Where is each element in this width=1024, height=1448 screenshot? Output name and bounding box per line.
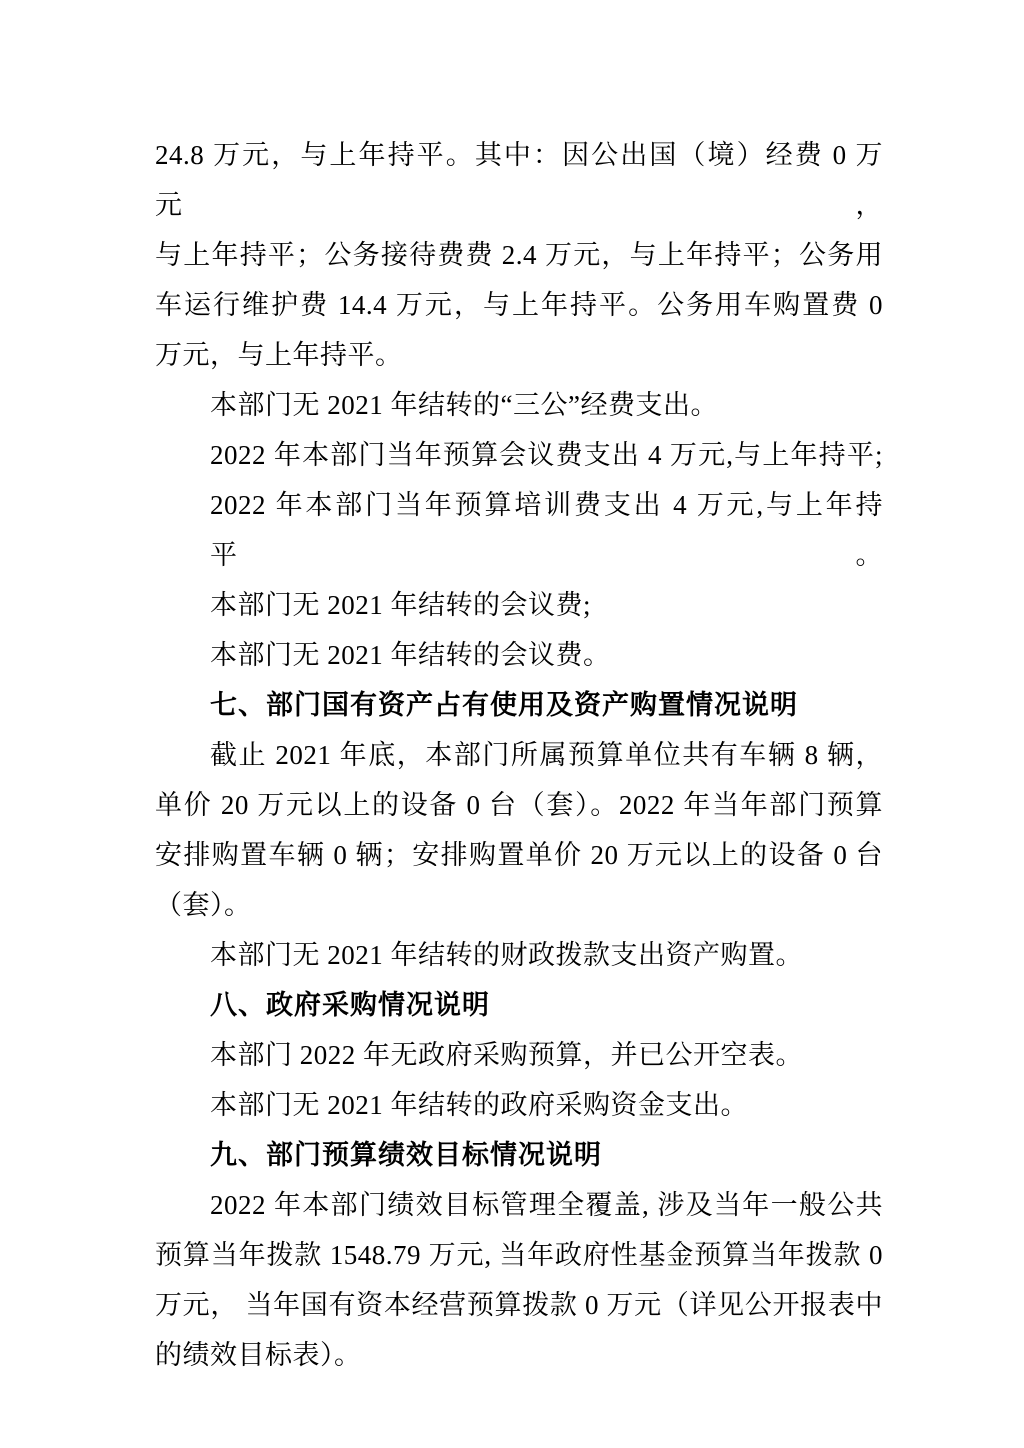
text-line: 2022 年本部门当年预算会议费支出 4 万元,与上年持平; bbox=[155, 430, 883, 480]
paragraph: 2022 年本部门绩效目标管理全覆盖, 涉及当年一般公共预算当年拨款 1548.… bbox=[155, 1180, 883, 1380]
paragraph: 本部门 2022 年无政府采购预算，并已公开空表。 bbox=[155, 1030, 883, 1080]
text-line: 本部门无 2021 年结转的会议费; bbox=[155, 580, 883, 630]
paragraph: 24.8 万元，与上年持平。其中：因公出国（境）经费 0 万元，与上年持平；公务… bbox=[155, 130, 883, 380]
section-heading: 八、政府采购情况说明 bbox=[155, 980, 883, 1030]
text-line: 车运行维护费 14.4 万元，与上年持平。公务用车购置费 0 bbox=[155, 280, 883, 330]
text-line: 本部门无 2021 年结转的会议费。 bbox=[155, 630, 883, 680]
text-line: 万元，与上年持平。 bbox=[155, 330, 883, 380]
text-line: 单价 20 万元以上的设备 0 台（套）。2022 年当年部门预算 bbox=[155, 780, 883, 830]
text-line: 本部门 2022 年无政府采购预算，并已公开空表。 bbox=[155, 1030, 883, 1080]
paragraph: 本部门无 2021 年结转的会议费; bbox=[155, 580, 883, 630]
text-line: 万元， 当年国有资本经营预算拨款 0 万元（详见公开报表中 bbox=[155, 1280, 883, 1330]
text-line: 的绩效目标表）。 bbox=[155, 1330, 883, 1380]
paragraph: 本部门无 2021 年结转的会议费。 bbox=[155, 630, 883, 680]
heading-line: 九、部门预算绩效目标情况说明 bbox=[155, 1130, 883, 1180]
section-heading: 九、部门预算绩效目标情况说明 bbox=[155, 1130, 883, 1180]
text-line: 本部门无 2021 年结转的财政拨款支出资产购置。 bbox=[155, 930, 883, 980]
text-line: 截止 2021 年底，本部门所属预算单位共有车辆 8 辆， bbox=[155, 730, 883, 780]
text-line: 与上年持平；公务接待费费 2.4 万元，与上年持平；公务用 bbox=[155, 230, 883, 280]
heading-line: 八、政府采购情况说明 bbox=[155, 980, 883, 1030]
document-page: 24.8 万元，与上年持平。其中：因公出国（境）经费 0 万元，与上年持平；公务… bbox=[0, 0, 1024, 1448]
paragraph: 2022 年本部门当年预算培训费支出 4 万元,与上年持平。 bbox=[155, 480, 883, 580]
text-line: 本部门无 2021 年结转的政府采购资金支出。 bbox=[155, 1080, 883, 1130]
text-line: 2022 年本部门当年预算培训费支出 4 万元,与上年持平。 bbox=[155, 480, 883, 580]
text-line: （套）。 bbox=[155, 880, 883, 930]
text-line: 预算当年拨款 1548.79 万元, 当年政府性基金预算当年拨款 0 bbox=[155, 1230, 883, 1280]
paragraph: 本部门无 2021 年结转的财政拨款支出资产购置。 bbox=[155, 930, 883, 980]
text-line: 安排购置车辆 0 辆；安排购置单价 20 万元以上的设备 0 台 bbox=[155, 830, 883, 880]
paragraph: 截止 2021 年底，本部门所属预算单位共有车辆 8 辆，单价 20 万元以上的… bbox=[155, 730, 883, 930]
document-body: 24.8 万元，与上年持平。其中：因公出国（境）经费 0 万元，与上年持平；公务… bbox=[155, 130, 883, 1380]
paragraph: 本部门无 2021 年结转的政府采购资金支出。 bbox=[155, 1080, 883, 1130]
text-line: 24.8 万元，与上年持平。其中：因公出国（境）经费 0 万元， bbox=[155, 130, 883, 230]
paragraph: 2022 年本部门当年预算会议费支出 4 万元,与上年持平; bbox=[155, 430, 883, 480]
heading-line: 七、部门国有资产占有使用及资产购置情况说明 bbox=[155, 680, 883, 730]
text-line: 本部门无 2021 年结转的“三公”经费支出。 bbox=[155, 380, 883, 430]
section-heading: 七、部门国有资产占有使用及资产购置情况说明 bbox=[155, 680, 883, 730]
text-line: 2022 年本部门绩效目标管理全覆盖, 涉及当年一般公共 bbox=[155, 1180, 883, 1230]
paragraph: 本部门无 2021 年结转的“三公”经费支出。 bbox=[155, 380, 883, 430]
